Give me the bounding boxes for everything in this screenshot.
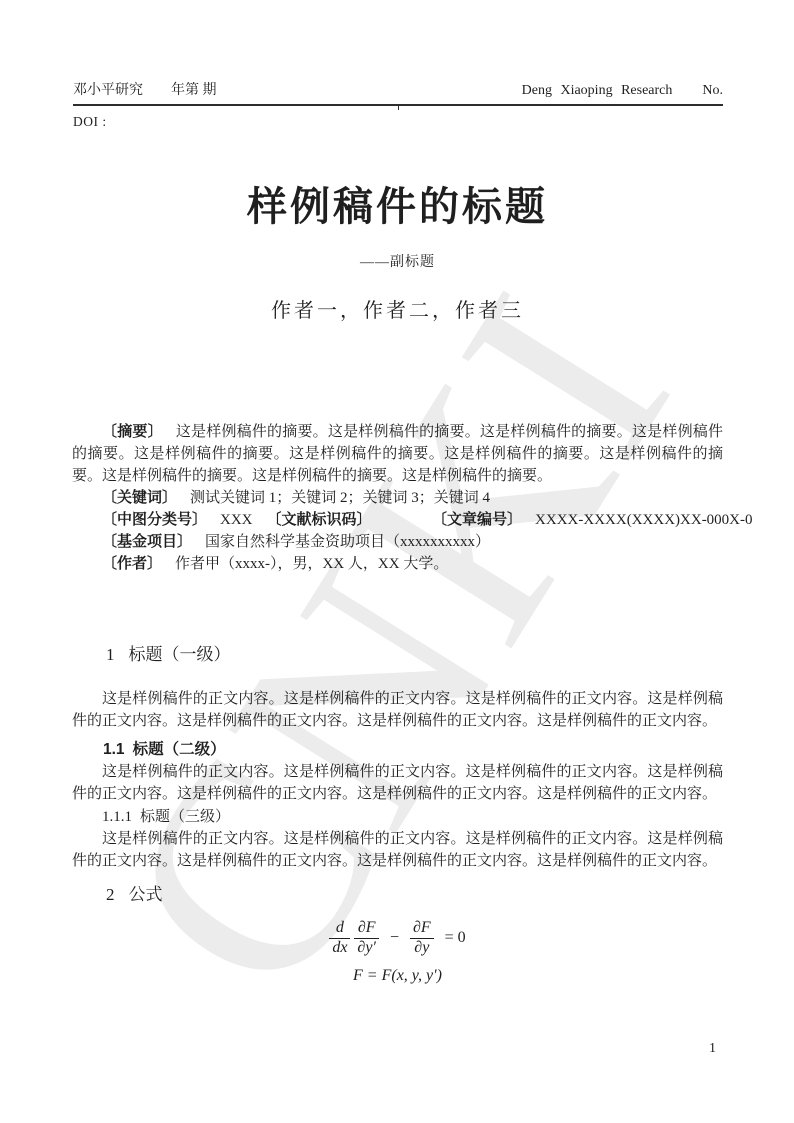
masthead-journal-en: Deng Xiaoping Research xyxy=(522,83,673,98)
heading-number: 1 xyxy=(106,645,115,664)
heading-number: 1.1.1 xyxy=(102,809,132,825)
function-definition-equation: F = F(x, y, y′) xyxy=(72,965,723,987)
classification-line: 〔中图分类号〕XXX〔文献标识码〕〔文章编号〕XXXX-XXXX(XXXX)XX… xyxy=(72,509,723,531)
author-bio-line: 〔作者〕作者甲（xxxx-），男，XX 人，XX 大学。 xyxy=(72,553,723,575)
keywords-label: 〔关键词〕 xyxy=(102,489,177,506)
heading-number: 2 xyxy=(106,885,115,904)
masthead-journal-cn: 邓小平研究 年第 期 xyxy=(73,79,217,99)
fraction-dF-dy: ∂F∂y xyxy=(410,919,434,957)
front-matter: 〔摘要〕这是样例稿件的摘要。这是样例稿件的摘要。这是样例稿件的摘要。这是样例稿件… xyxy=(72,421,723,575)
article-title: 样例稿件的标题 xyxy=(72,183,723,231)
heading-number: 1.1 xyxy=(103,741,125,758)
heading-title: 标题（三级） xyxy=(140,809,230,825)
masthead: 邓小平研究 年第 期 Deng Xiaoping ResearchNo. xyxy=(73,79,723,106)
fund-line: 〔基金项目〕国家自然科学基金资助项目（xxxxxxxxxx） xyxy=(72,531,723,553)
doi-label: DOI : xyxy=(73,114,107,130)
equation-block: ddx ∂F∂y′ − ∂F∂y = 0 F = F(x, y, y′) xyxy=(72,919,723,987)
article-id-label: 〔文章编号〕 xyxy=(440,511,523,528)
article-subtitle: ——副标题 xyxy=(72,251,723,271)
fraction-d-dx: ddx xyxy=(329,919,350,957)
author-bio-text: 作者甲（xxxx-），男，XX 人，XX 大学。 xyxy=(175,556,448,572)
euler-lagrange-equation: ddx ∂F∂y′ − ∂F∂y = 0 xyxy=(72,919,723,957)
author-bio-label: 〔作者〕 xyxy=(102,555,162,572)
heading-level1-2: 2公式 xyxy=(72,886,723,903)
heading-level3: 1.1.1标题（三级） xyxy=(72,806,723,828)
abstract-text: 这是样例稿件的摘要。这是样例稿件的摘要。这是样例稿件的摘要。这是样例稿件的摘要。… xyxy=(72,424,723,484)
article-body: 1标题（一级） 这是样例稿件的正文内容。这是样例稿件的正文内容。这是样例稿件的正… xyxy=(72,646,723,996)
heading-title: 标题（一级） xyxy=(129,645,231,664)
heading-level1-1: 1标题（一级） xyxy=(72,646,723,663)
article-authors: 作者一，作者二，作者三 xyxy=(72,294,723,323)
abstract-paragraph: 〔摘要〕这是样例稿件的摘要。这是样例稿件的摘要。这是样例稿件的摘要。这是样例稿件… xyxy=(72,421,723,487)
heading-level2: 1.1标题（二级） xyxy=(72,739,723,761)
keywords-text: 测试关键词 1；关键词 2；关键词 3；关键词 4 xyxy=(190,490,490,506)
fund-label: 〔基金项目〕 xyxy=(102,533,192,550)
article-id-value: XXXX-XXXX(XXXX)XX-000X-0 xyxy=(535,512,752,528)
minus-operator: − xyxy=(390,929,399,946)
heading-title: 标题（二级） xyxy=(133,741,226,758)
doc-code-label: 〔文献标识码〕 xyxy=(267,511,372,528)
keywords-line: 〔关键词〕测试关键词 1；关键词 2；关键词 3；关键词 4 xyxy=(72,487,723,509)
abstract-label: 〔摘要〕 xyxy=(102,423,163,440)
body-paragraph-1: 这是样例稿件的正文内容。这是样例稿件的正文内容。这是样例稿件的正文内容。这是样例… xyxy=(72,688,723,733)
heading-title: 公式 xyxy=(129,885,163,904)
masthead-issue-no: No. xyxy=(702,83,723,98)
body-paragraph-2: 这是样例稿件的正文内容。这是样例稿件的正文内容。这是样例稿件的正文内容。这是样例… xyxy=(72,761,723,806)
clc-value: XXX xyxy=(220,512,253,528)
fraction-dF-dyprime: ∂F∂y′ xyxy=(354,919,379,957)
clc-label: 〔中图分类号〕 xyxy=(102,511,207,528)
equation-rhs: = 0 xyxy=(445,929,466,946)
page-number: 1 xyxy=(709,1041,716,1057)
body-paragraph-3: 这是样例稿件的正文内容。这是样例稿件的正文内容。这是样例稿件的正文内容。这是样例… xyxy=(72,828,723,873)
masthead-right: Deng Xiaoping ResearchNo. xyxy=(522,83,723,99)
document-page: CNKI 邓小平研究 年第 期 Deng Xiaoping ResearchNo… xyxy=(0,0,794,1123)
fund-text: 国家自然科学基金资助项目（xxxxxxxxxx） xyxy=(205,534,490,550)
